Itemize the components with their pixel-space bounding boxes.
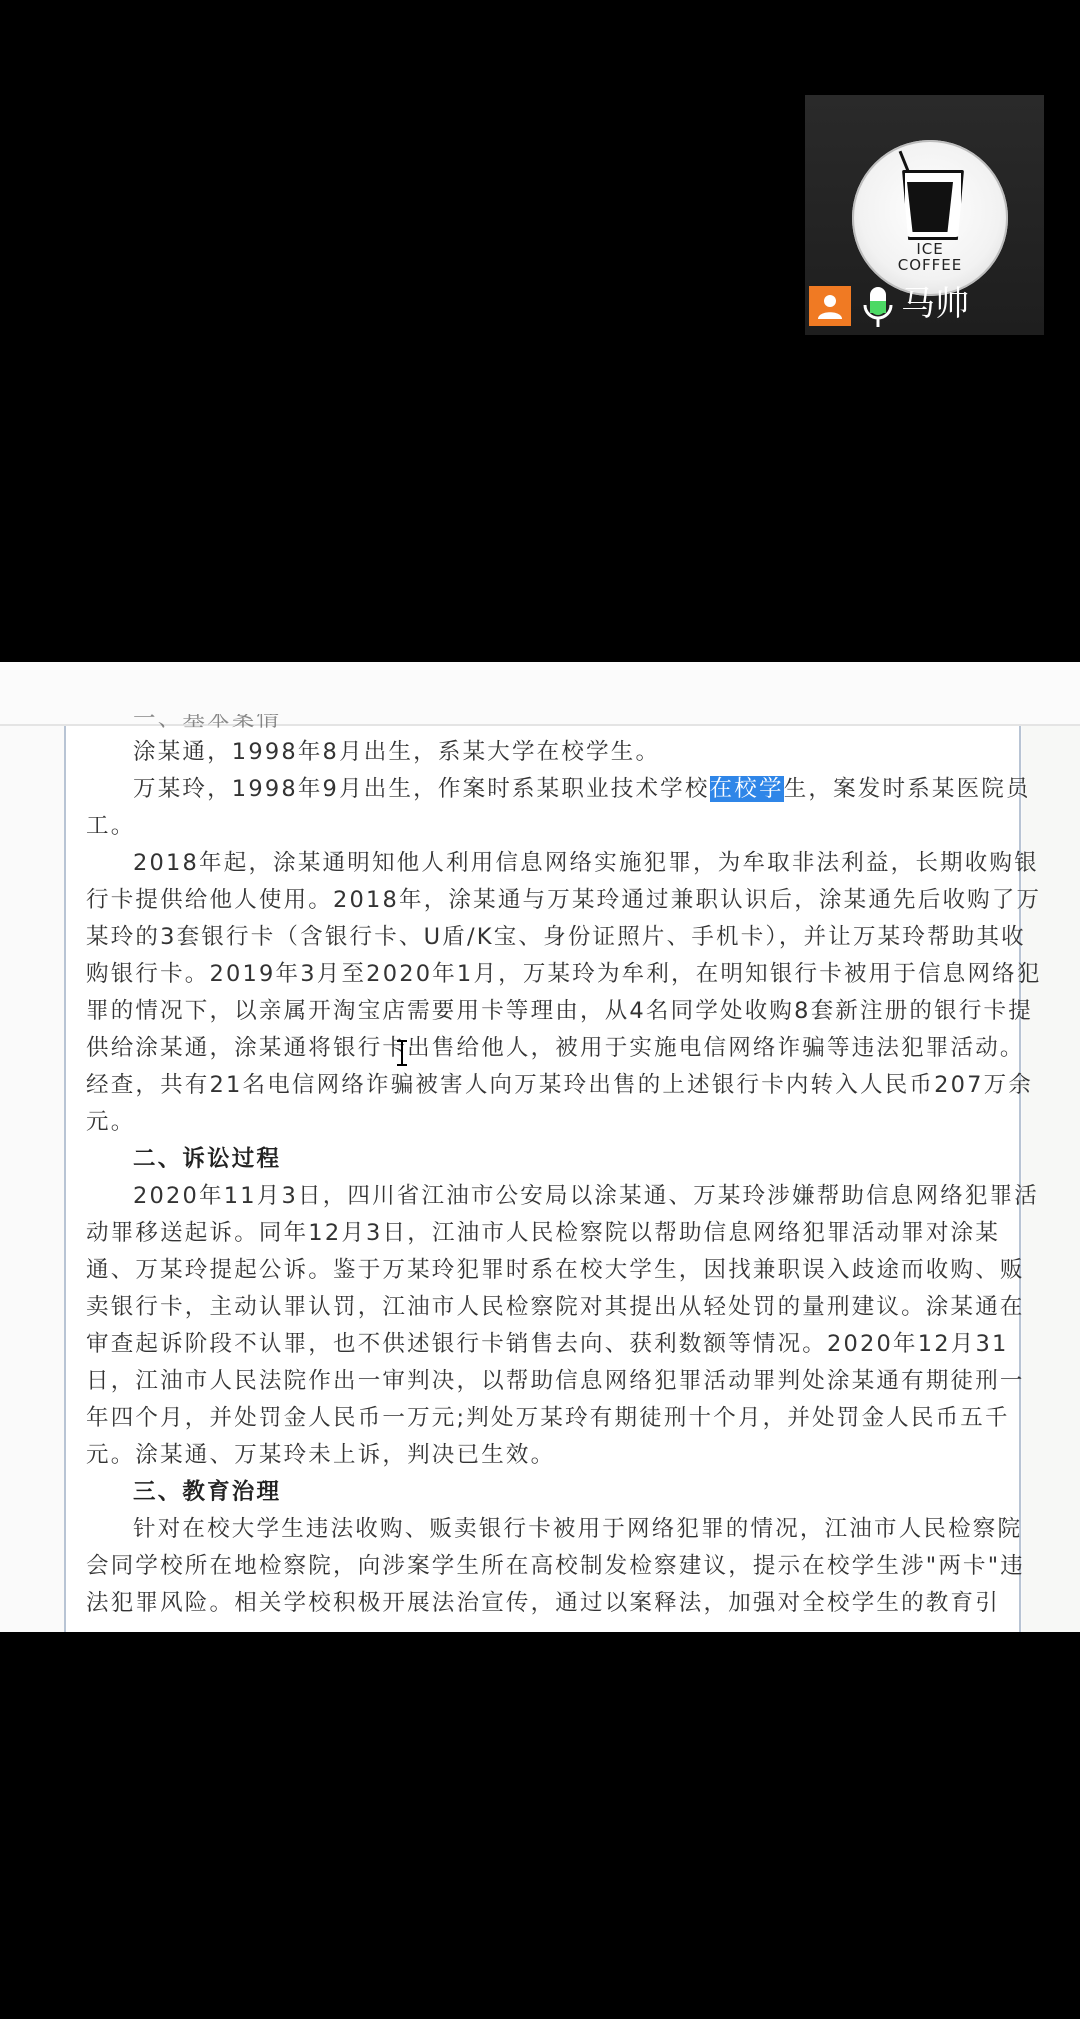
document-line: 行卡提供给他人使用。2018年，涂某通与万某玲通过兼职认识后，涂某通先后收购了万 [86, 882, 1012, 919]
document-line: 供给涂某通，涂某通将银行卡出售给他人，被用于实施电信网络诈骗等违法犯罪活动。 [86, 1030, 1012, 1067]
speaker-name: 马帅 [901, 283, 969, 325]
document-viewer: 一、基本案情 涂某通，1998年8月出生，系某大学在校学生。万某玲，1998年9… [0, 662, 1080, 1632]
section-heading: 三、教育治理 [86, 1474, 1012, 1511]
document-page[interactable]: 一、基本案情 涂某通，1998年8月出生，系某大学在校学生。万某玲，1998年9… [64, 726, 1021, 1632]
document-line: 审查起诉阶段不认罪，也不供述银行卡销售去向、获利数额等情况。2020年12月31 [86, 1326, 1012, 1363]
document-line: 会同学校所在地检察院，向涉案学生所在高校制发检察建议，提示在校学生涉"两卡"违 [86, 1548, 1012, 1585]
text-cursor-icon [396, 1040, 408, 1066]
voice-chat-overlay: ICE COFFEE 马帅 [805, 95, 1044, 335]
document-line: 经查，共有21名电信网络诈骗被害人向万某玲出售的上述银行卡内转入人民币207万余 [86, 1067, 1012, 1104]
line-segment: 生，案发时系某医院员 [784, 776, 1031, 802]
line-segment: 万某玲，1998年9月出生，作案时系某职业技术学校 [133, 776, 710, 802]
document-line: 罪的情况下，以亲属开淘宝店需要用卡等理由，从4名同学处收购8套新注册的银行卡提 [86, 993, 1012, 1030]
document-line: 日，江油市人民法院作出一审判决，以帮助信息网络犯罪活动罪判处涂某通有期徒刑一 [86, 1363, 1012, 1400]
document-line: 2018年起，涂某通明知他人利用信息网络实施犯罪，为牟取非法利益，长期收购银 [86, 845, 1012, 882]
document-line: 元。 [86, 1104, 1012, 1141]
document-line: 元。涂某通、万某玲未上诉，判决已生效。 [86, 1437, 1012, 1474]
document-line: 卖银行卡，主动认罪认罚，江油市人民检察院对其提出从轻处罚的量刑建议。涂某通在 [86, 1289, 1012, 1326]
document-body[interactable]: 一、基本案情 涂某通，1998年8月出生，系某大学在校学生。万某玲，1998年9… [86, 714, 1012, 1622]
document-line: 工。 [86, 808, 1012, 845]
document-line: 通、万某玲提起公诉。鉴于万某玲犯罪时系在校大学生，因找兼职误入歧途而收购、贩 [86, 1252, 1012, 1289]
document-line: 针对在校大学生违法收购、贩卖银行卡被用于网络犯罪的情况，江油市人民检察院 [86, 1511, 1012, 1548]
avatar-text-coffee: COFFEE [852, 257, 1008, 273]
document-line: 年四个月，并处罚金人民币一万元;判处万某玲有期徒刑十个月，并处罚金人民币五千 [86, 1400, 1012, 1437]
document-line: 法犯罪风险。相关学校积极开展法治宣传，通过以案释法，加强对全校学生的教育引 [86, 1585, 1012, 1622]
microphone-icon[interactable] [861, 285, 895, 329]
selected-text[interactable]: 在校学 [710, 776, 784, 802]
user-icon[interactable] [809, 286, 851, 326]
speaker-avatar[interactable]: ICE COFFEE [852, 140, 1008, 296]
document-line: 购银行卡。2019年3月至2020年1月，万某玲为牟利，在明知银行卡被用于信息网… [86, 956, 1012, 993]
document-line: 涂某通，1998年8月出生，系某大学在校学生。 [86, 734, 1012, 771]
avatar-text-ice: ICE [852, 241, 1008, 257]
document-line: 动罪移送起诉。同年12月3日，江油市人民检察院以帮助信息网络犯罪活动罪对涂某 [86, 1215, 1012, 1252]
coffee-fill-graphic [907, 182, 953, 232]
document-line: 2020年11月3日，四川省江油市公安局以涂某通、万某玲涉嫌帮助信息网络犯罪活 [86, 1178, 1012, 1215]
document-line: 万某玲，1998年9月出生，作案时系某职业技术学校在校学生，案发时系某医院员 [86, 771, 1012, 808]
section-heading: 二、诉讼过程 [86, 1141, 1012, 1178]
cut-heading-line: 一、基本案情 [86, 714, 1012, 734]
document-line: 某玲的3套银行卡（含银行卡、U盾/K宝、身份证照片、手机卡），并让万某玲帮助其收 [86, 919, 1012, 956]
